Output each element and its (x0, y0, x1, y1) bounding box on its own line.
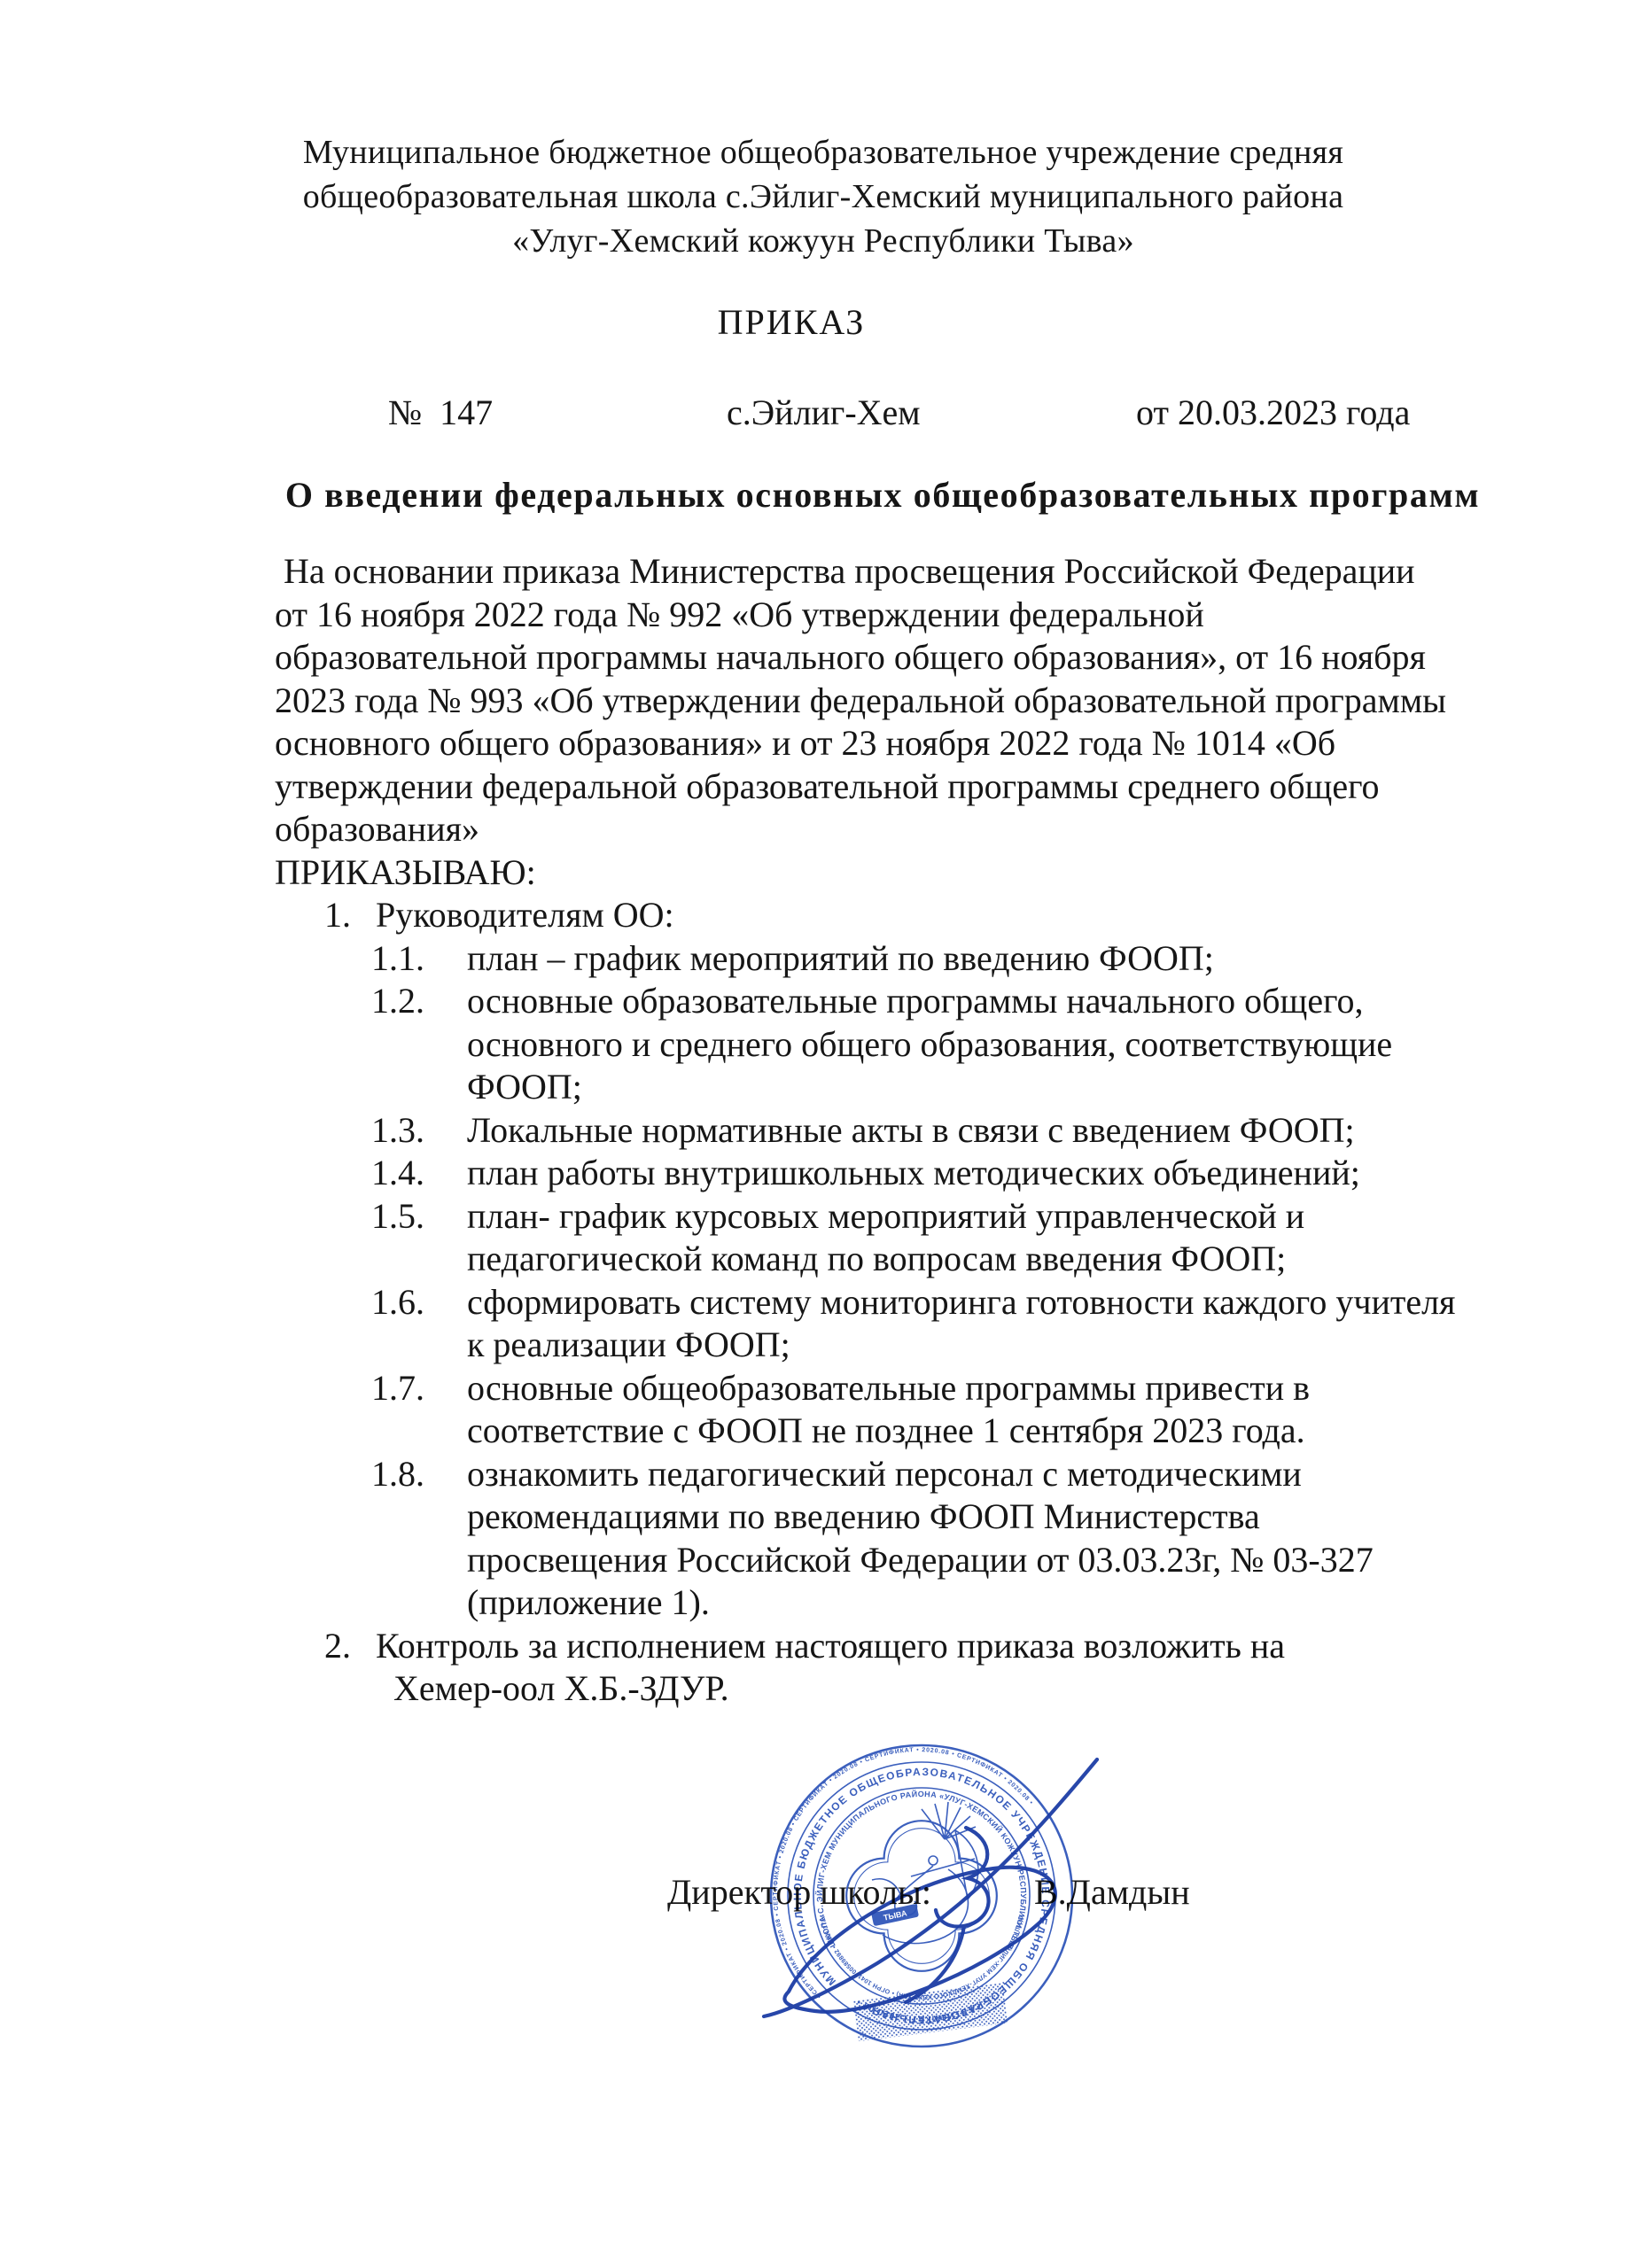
list-item-number: 1.2. (371, 980, 467, 1109)
list-item-text: Локальные нормативные акты в связи с вве… (467, 1109, 1355, 1153)
order-date: от 20.03.2023 года (1136, 392, 1410, 434)
organization-header: Муниципальное бюджетное общеобразователь… (275, 130, 1372, 263)
list-item-text: план- график курсовых мероприятий управл… (467, 1195, 1304, 1281)
list-item-number: 1.5. (371, 1195, 467, 1281)
list-item: 1.7. основные общеобразовательные програ… (275, 1367, 1533, 1453)
list-item-text: основные общеобразовательные программы п… (467, 1367, 1310, 1453)
list-item-number: 1.6. (371, 1281, 467, 1367)
organization-name-line-2: общеобразовательная школа с.Эйлиг-Хемски… (275, 175, 1372, 219)
list-item-text: Руководителям ОО: (376, 894, 674, 937)
preamble-paragraph: На основании приказа Министерства просве… (275, 550, 1533, 851)
list-item: 1. Руководителям ОО: (275, 894, 1533, 937)
list-item-number: 2. (324, 1625, 376, 1711)
list-item-number: 1.1. (371, 937, 467, 981)
order-subject-title: О введении федеральных основных общеобра… (275, 474, 1490, 517)
order-place: с.Эйлиг-Хем (727, 392, 921, 434)
list-item-number: 1.8. (371, 1453, 467, 1625)
order-body: На основании приказа Министерства просве… (275, 550, 1533, 1711)
list-item-text: план – график мероприятий по введению ФО… (467, 937, 1214, 981)
stamp-ring-texts: • СЕРТИФИКАТ • 2020.08 • СЕРТИФИКАТ • 20… (682, 1726, 1052, 2026)
list-item: 1.4. план работы внутришкольных методиче… (275, 1152, 1533, 1195)
list-item: 2. Контроль за исполнением настоящего пр… (275, 1625, 1533, 1711)
list-item: 1.5. план- график курсовых мероприятий у… (275, 1195, 1533, 1281)
list-item-number: 1. (324, 894, 376, 937)
list-item: 1.3. Локальные нормативные акты в связи … (275, 1109, 1533, 1153)
list-item-text: Контроль за исполнением настоящего прика… (376, 1625, 1285, 1711)
organization-name-line-1: Муниципальное бюджетное общеобразователь… (275, 130, 1372, 175)
list-item-number: 1.7. (371, 1367, 467, 1453)
svg-text:МУНИЦИПАЛЬНОЕ БЮДЖЕТНОЕ ОБЩЕОБ: МУНИЦИПАЛЬНОЕ БЮДЖЕТНОЕ ОБЩЕОБРАЗОВАТЕЛЬ… (791, 1766, 1052, 2026)
list-item-number: 1.4. (371, 1152, 467, 1195)
list-item: 1.6. сформировать систему мониторинга го… (275, 1281, 1533, 1367)
stamp-outer-ring-text: МУНИЦИПАЛЬНОЕ БЮДЖЕТНОЕ ОБЩЕОБРАЗОВАТЕЛЬ… (791, 1766, 1052, 2026)
list-item-text: ознакомить педагогический персонал с мет… (467, 1453, 1374, 1625)
list-item-number: 1.3. (371, 1109, 467, 1153)
list-item-text: сформировать систему мониторинга готовно… (467, 1281, 1455, 1367)
list-item: 1.2. основные образовательные программы … (275, 980, 1533, 1109)
school-seal-stamp: • СЕРТИФИКАТ • 2020.08 • СЕРТИФИКАТ • 20… (682, 1726, 1161, 2098)
list-item-text: основные образовательные программы начал… (467, 980, 1392, 1109)
list-item-text: план работы внутришкольных методических … (467, 1152, 1360, 1195)
list-item: 1.8. ознакомить педагогический персонал … (275, 1453, 1533, 1625)
scanned-order-page: Муниципальное бюджетное общеобразователь… (0, 0, 1650, 2268)
list-item: 1.1. план – график мероприятий по введен… (275, 937, 1533, 981)
organization-name-line-3: «Улуг-Хемский кожуун Республики Тыва» (275, 219, 1372, 263)
order-number: № 147 (388, 392, 493, 434)
document-type-heading: ПРИКАЗ (275, 301, 1308, 344)
resolve-word: ПРИКАЗЫВАЮ: (275, 851, 1533, 895)
